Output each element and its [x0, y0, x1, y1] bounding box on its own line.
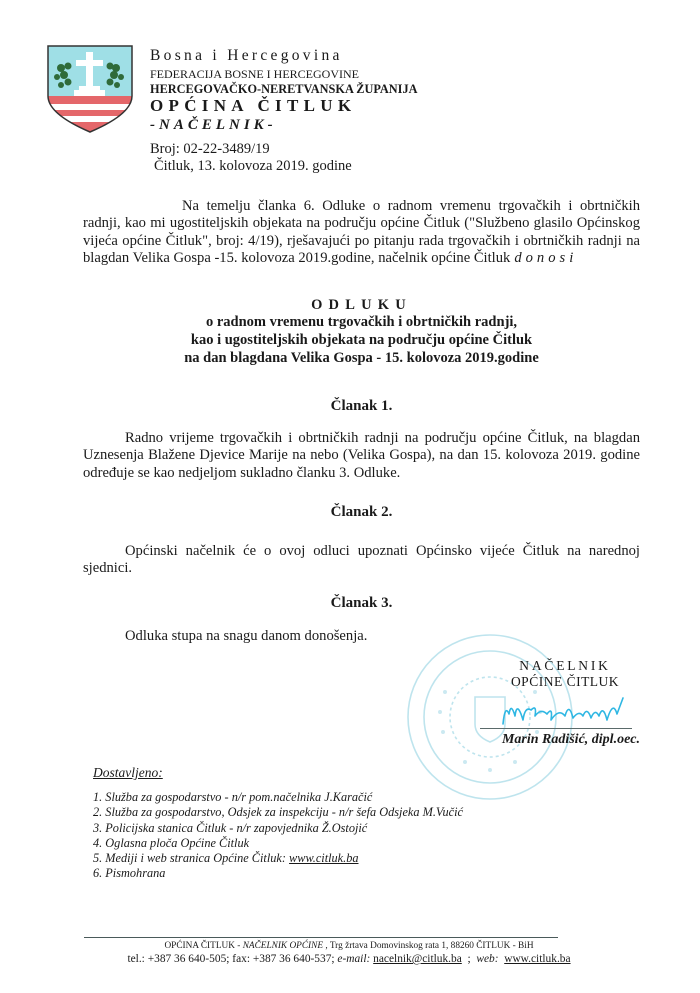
- distribution-item-text: 5. Mediji i web stranica Općine Čitluk:: [93, 851, 289, 865]
- document-number: Broj: 02-22-3489/19: [150, 141, 270, 158]
- distribution-item: 1. Služba za gospodarstvo - n/r pom.nače…: [93, 790, 463, 805]
- handwritten-signature-icon: [495, 696, 635, 728]
- footer-web-label: web:: [476, 953, 498, 965]
- decision-subtitle-line: o radnom vremenu trgovačkih i obrtničkih…: [83, 313, 640, 331]
- intro-paragraph: Na temelju članka 6. Odluke o radnom vre…: [83, 198, 640, 267]
- footer-phone-fax: tel.: +387 36 640-505; fax: +387 36 640-…: [127, 953, 337, 965]
- footer-address: OPĆINA ČITLUK - NAČELNIK OPĆINE , Trg žr…: [84, 941, 614, 951]
- signatory-name: Marin Radišić, dipl.oec.: [470, 732, 640, 748]
- header-municipality: OPĆINA ČITLUK: [150, 96, 356, 116]
- signatory-office: OPĆINE ČITLUK: [480, 674, 650, 690]
- footer-office: NAČELNIK OPĆINE: [243, 941, 323, 951]
- decision-subtitle: o radnom vremenu trgovačkih i obrtničkih…: [83, 313, 640, 367]
- distribution-list: 1. Služba za gospodarstvo - n/r pom.nače…: [93, 790, 463, 882]
- distribution-item: 2. Služba za gospodarstvo, Odsjek za ins…: [93, 805, 463, 820]
- header-office: -NAČELNIK-: [150, 117, 277, 134]
- article-3-heading: Članak 3.: [83, 595, 640, 612]
- signatory-title: NAČELNIK: [480, 658, 650, 674]
- footer-web-link[interactable]: www.citluk.ba: [504, 953, 570, 965]
- header-canton: HERCEGOVAČKO-NERETVANSKA ŽUPANIJA: [150, 82, 418, 97]
- article-2-heading: Članak 2.: [83, 504, 640, 521]
- article-1-heading: Članak 1.: [83, 398, 640, 415]
- footer-org: OPĆINA ČITLUK -: [164, 941, 242, 951]
- distribution-item: 5. Mediji i web stranica Općine Čitluk: …: [93, 851, 463, 866]
- distribution-title: Dostavljeno:: [93, 765, 163, 781]
- footer-email-label: e-mail:: [337, 953, 370, 965]
- website-link[interactable]: www.citluk.ba: [289, 851, 358, 865]
- decision-subtitle-line: kao i ugostiteljskih objekata na područj…: [83, 331, 640, 349]
- decision-subtitle-line: na dan blagdana Velika Gospa - 15. kolov…: [83, 349, 640, 367]
- footer-street: , Trg žrtava Domovinskog rata 1, 88260 Č…: [323, 941, 534, 951]
- article-1-text: Radno vrijeme trgovačkih i obrtničkih ra…: [83, 430, 640, 482]
- article-2-text: Općinski načelnik će o ovoj odluci upozn…: [83, 543, 640, 578]
- distribution-item: 3. Policijska stanica Čitluk - n/r zapov…: [93, 821, 463, 836]
- intro-verb: donosi: [514, 250, 577, 266]
- header-country: Bosna i Hercegovina: [150, 47, 343, 65]
- coat-of-arms-icon: [46, 44, 134, 134]
- document-place-date: Čitluk, 13. kolovoza 2019. godine: [154, 158, 352, 175]
- footer-contacts: tel.: +387 36 640-505; fax: +387 36 640-…: [84, 953, 614, 965]
- footer-email-link[interactable]: nacelnik@citluk.ba: [373, 953, 462, 965]
- distribution-item: 6. Pismohrana: [93, 866, 463, 881]
- distribution-item: 4. Oglasna ploča Općine Čitluk: [93, 836, 463, 851]
- decision-title: ODLUKU: [83, 297, 640, 314]
- footer-divider: [84, 937, 558, 938]
- header-federation: FEDERACIJA BOSNE I HERCEGOVINE: [150, 67, 359, 82]
- signature-line: [480, 728, 632, 729]
